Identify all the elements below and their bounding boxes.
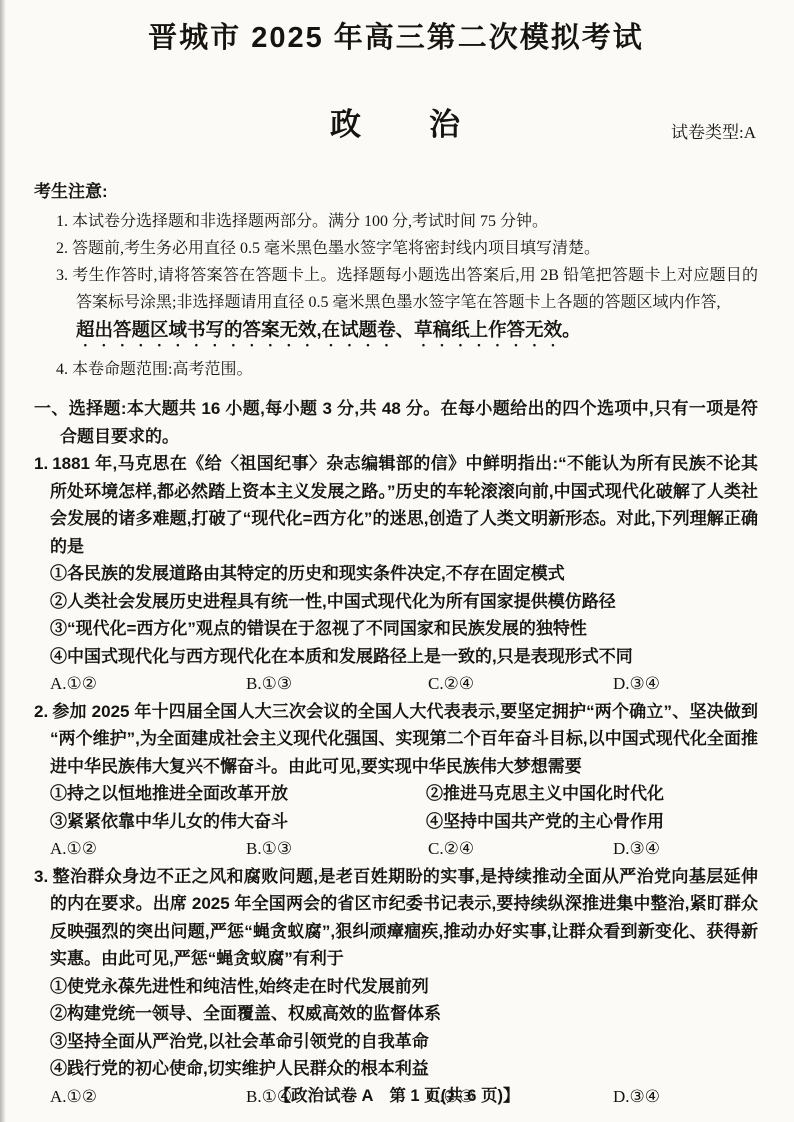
question-3-statements: ①使党永葆先进性和纯洁性,始终走在时代发展前列 ②构建党统一领导、全面覆盖、权威… [34, 973, 758, 1083]
notice-item-number: 2. [56, 240, 68, 257]
choice-a: A.①② [50, 835, 246, 863]
notice-item-text: 考生作答时,请将答案答在答题卡上。选择题每小题选出答案后,用 2B 铅笔把答题卡… [72, 267, 758, 311]
question-number: 3. [34, 867, 48, 886]
choice-b: B.①③ [246, 670, 428, 698]
choice-c: C.②④ [428, 670, 613, 698]
statement-3: ③“现代化=西方化”观点的错误在于忽视了不同国家和民族发展的独特性 [50, 615, 758, 643]
question-1-stem: 1.1881 年,马克思在《给〈祖国纪事〉杂志编辑部的信》中鲜明指出:“不能认为… [34, 450, 758, 560]
statement-4: ④践行党的初心使命,切实维护人民群众的根本利益 [50, 1055, 758, 1083]
question-number: 1. [34, 454, 48, 473]
page-footer: 【政治试卷 A 第 1 页(共 6 页)】 [0, 1082, 794, 1106]
choice-d: D.③④ [613, 835, 758, 863]
statement-2: ②人类社会发展历史进程具有统一性,中国式现代化为所有国家提供模仿路径 [50, 588, 758, 616]
question-stem-text: 参加 2025 年十四届全国人大三次会议的全国人大代表表示,要坚定拥护“两个确立… [50, 702, 758, 776]
question-number: 2. [34, 702, 48, 721]
question-2-statements: ①持之以恒地推进全面改革开放 ②推进马克思主义中国化时代化 ③紧紧依靠中华儿女的… [34, 780, 758, 835]
statement-1: ①各民族的发展道路由其特定的历史和现实条件决定,不存在固定模式 [50, 560, 758, 588]
statement-3: ③紧紧依靠中华儿女的伟大奋斗 [50, 808, 426, 836]
question-3: 3.整治群众身边不正之风和腐败问题,是老百姓期盼的实事,是持续推动全面从严治党向… [34, 863, 758, 1111]
statement-4: ④坚持中国共产党的主心骨作用 [426, 808, 758, 836]
notice-section: 考生注意: 1.本试卷分选择题和非选择题两部分。满分 100 分,考试时间 75… [34, 180, 758, 383]
paper-type-label: 试卷类型:A [671, 122, 756, 144]
choice-a: A.①② [50, 670, 246, 698]
choice-d: D.③④ [613, 670, 758, 698]
notice-item-text: 答题前,考生务必用直径 0.5 毫米黑色墨水签字笔将密封线内项目填写清楚。 [72, 240, 600, 257]
notice-item-number: 4. [56, 361, 68, 378]
notice-item-1: 1.本试卷分选择题和非选择题两部分。满分 100 分,考试时间 75 分钟。 [56, 208, 758, 235]
notice-item-number: 1. [56, 213, 68, 230]
notice-heading: 考生注意: [34, 180, 758, 204]
question-1-choices: A.①② B.①③ C.②④ D.③④ [34, 670, 758, 698]
statement-4: ④中国式现代化与西方现代化在本质和发展路径上是一致的,只是表现形式不同 [50, 643, 758, 671]
notice-item-emphasis: 超出答题区域书写的答案无效,在试题卷、草稿纸上作答无效。 [76, 316, 758, 356]
exam-title: 晋城市 2025 年高三第二次模拟考试 [34, 18, 758, 58]
subject-row: 政 治 试卷类型:A [34, 102, 758, 148]
question-2-choices: A.①② B.①③ C.②④ D.③④ [34, 835, 758, 863]
notice-item-text: 本试卷分选择题和非选择题两部分。满分 100 分,考试时间 75 分钟。 [72, 213, 548, 230]
question-1-statements: ①各民族的发展道路由其特定的历史和现实条件决定,不存在固定模式 ②人类社会发展历… [34, 560, 758, 670]
subject-title: 政 治 [34, 102, 758, 148]
question-2-stem: 2.参加 2025 年十四届全国人大三次会议的全国人大代表表示,要坚定拥护“两个… [34, 698, 758, 781]
statement-2: ②推进马克思主义中国化时代化 [426, 780, 758, 808]
notice-item-4: 4.本卷命题范围:高考范围。 [56, 356, 758, 383]
choice-c: C.②④ [428, 835, 613, 863]
choice-b: B.①③ [246, 835, 428, 863]
statement-1: ①使党永葆先进性和纯洁性,始终走在时代发展前列 [50, 973, 758, 1001]
scan-edge-artifact [0, 0, 6, 1122]
notice-item-number: 3. [56, 267, 68, 284]
notice-item-text: 本卷命题范围:高考范围。 [72, 361, 252, 378]
question-2: 2.参加 2025 年十四届全国人大三次会议的全国人大代表表示,要坚定拥护“两个… [34, 698, 758, 863]
question-3-stem: 3.整治群众身边不正之风和腐败问题,是老百姓期盼的实事,是持续推动全面从严治党向… [34, 863, 758, 973]
question-1: 1.1881 年,马克思在《给〈祖国纪事〉杂志编辑部的信》中鲜明指出:“不能认为… [34, 450, 758, 698]
question-stem-text: 整治群众身边不正之风和腐败问题,是老百姓期盼的实事,是持续推动全面从严治党向基层… [50, 867, 758, 969]
question-stem-text: 1881 年,马克思在《给〈祖国纪事〉杂志编辑部的信》中鲜明指出:“不能认为所有… [50, 454, 758, 556]
statement-1: ①持之以恒地推进全面改革开放 [50, 780, 426, 808]
statement-2: ②构建党统一领导、全面覆盖、权威高效的监督体系 [50, 1000, 758, 1028]
notice-items: 1.本试卷分选择题和非选择题两部分。满分 100 分,考试时间 75 分钟。 2… [34, 208, 758, 383]
notice-item-2: 2.答题前,考生务必用直径 0.5 毫米黑色墨水签字笔将密封线内项目填写清楚。 [56, 235, 758, 262]
section-header-multiple-choice: 一、选择题:本大题共 16 小题,每小题 3 分,共 48 分。在每小题给出的四… [34, 395, 758, 450]
statement-3: ③坚持全面从严治党,以社会革命引领党的自我革命 [50, 1028, 758, 1056]
notice-item-3: 3.考生作答时,请将答案答在答题卡上。选择题每小题选出答案后,用 2B 铅笔把答… [56, 262, 758, 356]
exam-paper-page: 晋城市 2025 年高三第二次模拟考试 政 治 试卷类型:A 考生注意: 1.本… [0, 0, 794, 1122]
